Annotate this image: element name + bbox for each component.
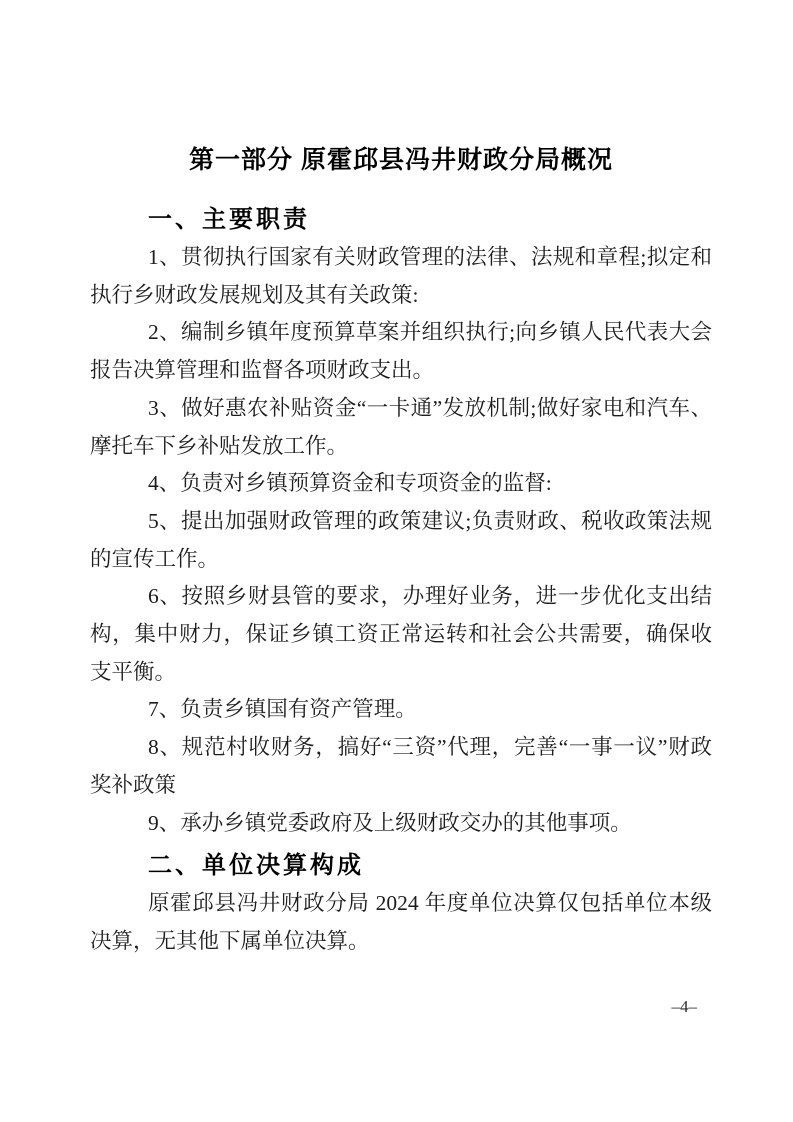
section-heading-main-duties: 一、主要职责 xyxy=(148,205,712,235)
duty-item-7: 7、负责乡镇国有资产管理。 xyxy=(90,691,712,729)
duty-item-8: 8、规范村收财务，搞好“三资”代理，完善“一事一议”财政奖补政策 xyxy=(90,729,712,804)
duty-item-3: 3、做好惠农补贴资金“一卡通”发放机制;做好家电和汽车、摩托车下乡补贴发放工作。 xyxy=(90,390,712,465)
duty-item-2: 2、编制乡镇年度预算草案并组织执行;向乡镇人民代表大会报告决算管理和监督各项财政… xyxy=(90,314,712,389)
unit-final-accounts-paragraph: 原霍邱县冯井财政分局 2024 年度单位决算仅包括单位本级决算，无其他下属单位决… xyxy=(90,885,712,960)
document-page: 第一部分 原霍邱县冯井财政分局概况 一、主要职责 1、贯彻执行国家有关财政管理的… xyxy=(0,0,793,1122)
page-number: –4– xyxy=(90,997,712,1017)
duty-item-6: 6、按照乡财县管的要求，办理好业务，进一步优化支出结构，集中财力，保证乡镇工资正… xyxy=(90,578,712,691)
page-title: 第一部分 原霍邱县冯井财政分局概况 xyxy=(90,145,712,175)
duty-item-5: 5、提出加强财政管理的政策建议;负责财政、税收政策法规的宣传工作。 xyxy=(90,503,712,578)
section-heading-unit-final-accounts: 二、单位决算构成 xyxy=(148,851,712,881)
duty-item-1: 1、贯彻执行国家有关财政管理的法律、法规和章程;拟定和执行乡财政发展规划及其有关… xyxy=(90,239,712,314)
duty-item-4: 4、负责对乡镇预算资金和专项资金的监督: xyxy=(90,465,712,503)
duty-item-9: 9、承办乡镇党委政府及上级财政交办的其他事项。 xyxy=(90,805,712,843)
